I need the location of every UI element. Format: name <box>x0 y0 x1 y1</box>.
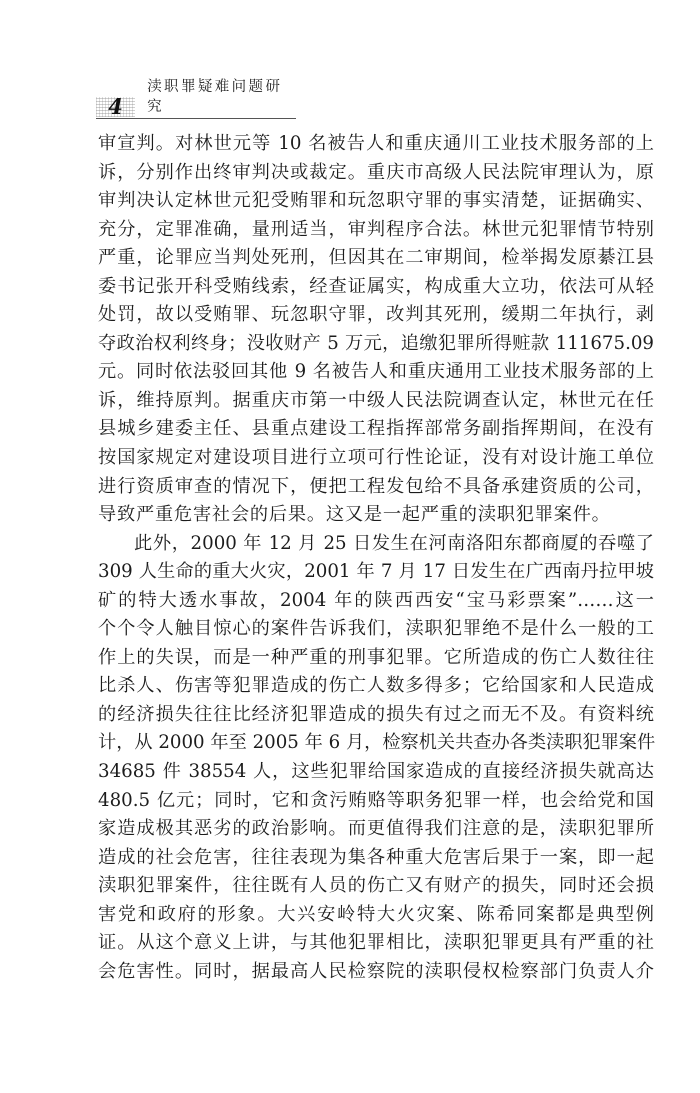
text-line: 比杀人、伤害等犯罪造成的伤亡人数多得多；它给国家和人民造成 <box>98 672 654 701</box>
text-line: 进行资质审查的情况下，便把工程发包给不具备承建资质的公司， <box>98 473 654 502</box>
text-line: 480.5 亿元；同时，它和贪污贿赂等职务犯罪一样，也会给党和国 <box>98 787 654 816</box>
text-line: 充分，定罪准确，量刑适当，审判程序合法。林世元犯罪情节特别 <box>98 216 654 245</box>
text-line: 按国家规定对建设项目进行立项可行性论证，没有对设计施工单位 <box>98 444 654 473</box>
text-line: 审宣判。对林世元等 10 名被告人和重庆通川工业技术服务部的上 <box>98 130 654 159</box>
text-line: 委书记张开科受贿线索，经查证属实，构成重大立功，依法可从轻 <box>98 273 654 302</box>
text-line: 审判决认定林世元犯受贿罪和玩忽职守罪的事实清楚，证据确实、 <box>98 187 654 216</box>
text-line: 34685 件 38554 人，这些犯罪给国家造成的直接经济损失就高达 <box>98 758 654 787</box>
page-number-box: 4 <box>96 97 135 117</box>
running-header: 4 渎职罪疑难问题研究 <box>96 95 296 117</box>
text-line: 计，从 2000 年至 2005 年 6 月，检察机关共查办各类渎职犯罪案件 <box>98 729 654 758</box>
page-number: 4 <box>108 97 123 117</box>
text-line: 元。同时依法驳回其他 9 名被告人和重庆通用工业技术服务部的上 <box>98 358 654 387</box>
text-line: 作上的失误，而是一种严重的刑事犯罪。它所造成的伤亡人数往往 <box>98 644 654 673</box>
text-line: 家造成极其恶劣的政治影响。而更值得我们注意的是，渎职犯罪所 <box>98 815 654 844</box>
header-rule <box>96 118 296 119</box>
book-title: 渎职罪疑难问题研究 <box>147 77 296 117</box>
paragraph-start-line: 此外，2000 年 12 月 25 日发生在河南洛阳东都商厦的吞噬了 <box>98 530 654 559</box>
text-line: 的经济损失往往比经济犯罪造成的损失有过之而无不及。有资料统 <box>98 701 654 730</box>
text-line: 矿的特大透水事故，2004 年的陕西西安“宝马彩票案”……这一 <box>98 587 654 616</box>
text-line: 害党和政府的形象。大兴安岭特大火灾案、陈希同案都是典型例 <box>98 901 654 930</box>
text-line: 渎职犯罪案件，往往既有人员的伤亡又有财产的损失，同时还会损 <box>98 872 654 901</box>
text-line: 诉，分别作出终审判决或裁定。重庆市高级人民法院审理认为，原 <box>98 159 654 188</box>
text-line: 导致严重危害社会的后果。这又是一起严重的渎职犯罪案件。 <box>98 501 654 530</box>
text-line: 造成的社会危害，往往表现为集各种重大危害后果于一案，即一起 <box>98 844 654 873</box>
text-line: 证。从这个意义上讲，与其他犯罪相比，渎职犯罪更具有严重的社 <box>98 929 654 958</box>
text-line: 会危害性。同时，据最高人民检察院的渎职侵权检察部门负责人介 <box>98 958 654 987</box>
body-text: 审宣判。对林世元等 10 名被告人和重庆通川工业技术服务部的上 诉，分别作出终审… <box>98 130 654 986</box>
text-line: 夺政治权利终身；没收财产 5 万元，追缴犯罪所得赃款 111675.09 <box>98 330 654 359</box>
text-line: 309 人生命的重大火灾，2001 年 7 月 17 日发生在广西南丹拉甲坡 <box>98 558 654 587</box>
text-line: 个个令人触目惊心的案件告诉我们，渎职犯罪绝不是什么一般的工 <box>98 615 654 644</box>
text-line: 处罚，故以受贿罪、玩忽职守罪，改判其死刑，缓期二年执行，剥 <box>98 301 654 330</box>
text-line: 诉，维持原判。据重庆市第一中级人民法院调查认定，林世元在任 <box>98 387 654 416</box>
text-line: 严重，论罪应当判处死刑，但因其在二审期间，检举揭发原綦江县 <box>98 244 654 273</box>
text-line: 县城乡建委主任、县重点建设工程指挥部常务副指挥期间，在没有 <box>98 415 654 444</box>
